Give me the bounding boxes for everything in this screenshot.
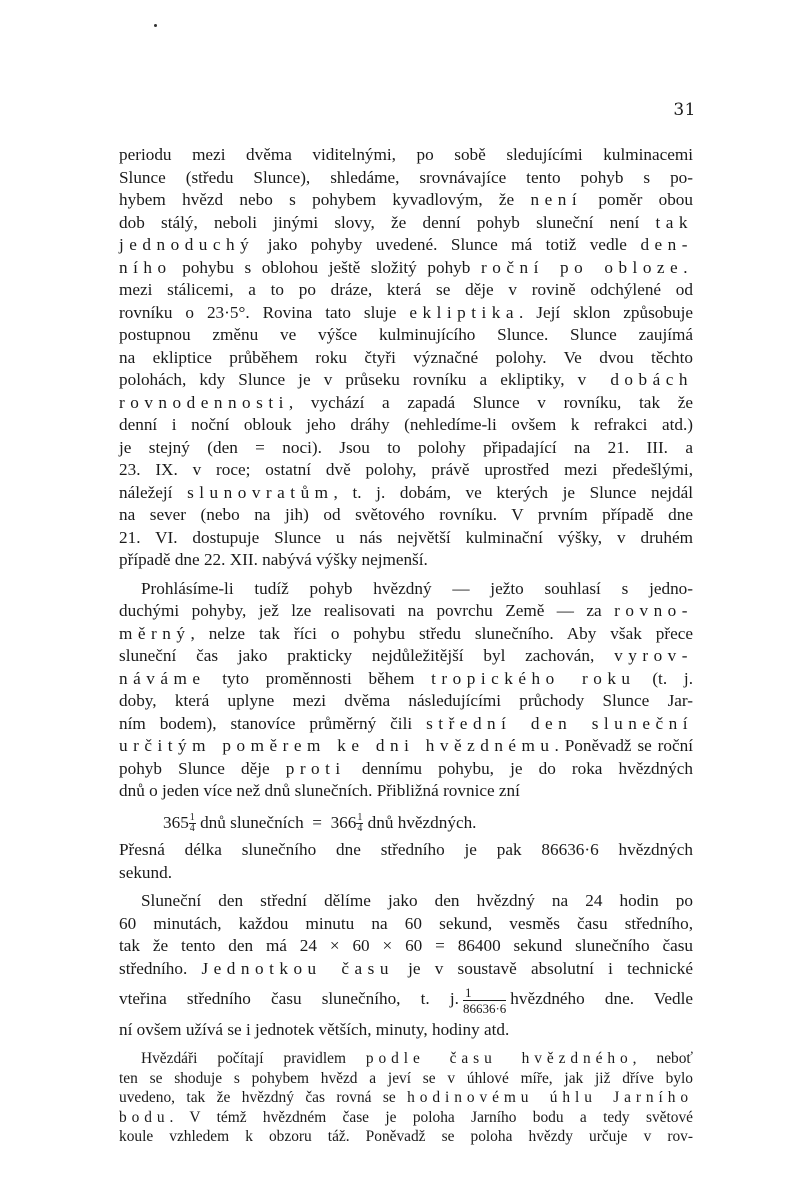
equation-right-text: dnů hvězdných. <box>368 813 477 832</box>
emphasized-text: není <box>530 190 582 209</box>
emphasized-text: v dobách <box>578 370 693 389</box>
emphasized-text: ekliptika <box>409 303 519 322</box>
text-line: polohách, kdy Slunce je v průseku rovník… <box>119 369 693 392</box>
text-line: denní i noční oblouk jeho dráhy (nehledí… <box>119 414 693 437</box>
equation: 36514 dnů slunečních = 36614 dnů hvězdný… <box>119 812 693 835</box>
text-line: dnů o jeden více než dnů slunečních. Při… <box>119 780 693 803</box>
text-line: na sever (nebo na jih) od světového rovn… <box>119 504 693 527</box>
equation-right-integer: 366 <box>331 813 357 832</box>
emphasized-text: roční po obloze. <box>481 258 693 277</box>
text-line: rovnodennosti, vychází a zapadá Slunce v… <box>119 392 693 415</box>
emphasized-text: rovnodennosti <box>119 393 289 412</box>
text-line: periodu mezi dvěma viditelnými, po sobě … <box>119 144 693 167</box>
text-line: ního pohybu s oblohou ještě složitý pohy… <box>119 257 693 280</box>
emphasized-text: rovno- <box>614 601 693 620</box>
text-line: měrný, nelze tak říci o pohybu středu sl… <box>119 623 693 646</box>
emphasized-text: vyrov- <box>614 646 693 665</box>
emphasized-text: tropického roku <box>431 669 635 688</box>
emphasized-text: bodu <box>119 1109 170 1126</box>
text-line: středního. Jednotkou času je v soustavě … <box>119 958 693 981</box>
text-line: jednoduchý jako pohyby uvedené. Slunce m… <box>119 234 693 257</box>
text-line: doby, která uplyne mezi dvěma následujíc… <box>119 690 693 713</box>
paragraph-4: Sluneční den střední dělíme jako den hvě… <box>119 890 693 980</box>
equation-left-text: dnů slunečních <box>200 813 304 832</box>
text-line: Prohlásíme-li tudíž pohyb hvězdný — ježt… <box>119 578 693 601</box>
text-line: pohyb Slunce děje proti dennímu pohybu, … <box>119 758 693 781</box>
seconds-fraction: 186636·6 <box>463 985 506 1016</box>
text-line: ním bodem), stanovíce průměrný čili stře… <box>119 713 693 736</box>
print-speck <box>154 24 157 27</box>
text-line: určitým poměrem ke dni hvězdnému. Poněva… <box>119 735 693 758</box>
equation-right-fraction: 14 <box>356 813 363 834</box>
emphasized-text: náváme <box>119 669 205 688</box>
text-line: Hvězdáři počítají pravidlem podle času h… <box>119 1049 693 1069</box>
emphasized-text: proti <box>286 759 346 778</box>
text-line: mezi stálicemi, a to po dráze, která se … <box>119 279 693 302</box>
text-line: duchými pohyby, jež lze realisovati na p… <box>119 600 693 623</box>
emphasized-text: tak <box>655 213 693 232</box>
emphasized-text: jednoduchý <box>119 235 254 254</box>
emphasized-text: hodinovému úhlu Jarního <box>407 1089 693 1106</box>
emphasized-text: Jednotkou času <box>201 959 393 978</box>
emphasized-text: slunovratům <box>187 483 333 502</box>
equation-left-integer: 365 <box>163 813 189 832</box>
emphasized-text: určitým poměrem ke dni hvězdnému <box>119 736 555 755</box>
text-line: bodu. V témž hvězdném čase je poloha Jar… <box>119 1108 693 1128</box>
small-print-section: Hvězdáři počítají pravidlem podle času h… <box>119 1049 693 1147</box>
text-line: 60 minutách, každou minutu na 60 sekund,… <box>119 913 693 936</box>
text-line: na ekliptice průběhem roku čtyři význačn… <box>119 347 693 370</box>
text-line: uvedeno, tak že hvězdný čas rovná se hod… <box>119 1088 693 1108</box>
text-line: rovníku o 23·5°. Rovina tato sluje eklip… <box>119 302 693 325</box>
text-line: Sluneční den střední dělíme jako den hvě… <box>119 890 693 913</box>
text-line: Slunce (středu Slunce), shledáme, srovná… <box>119 167 693 190</box>
page-body: periodu mezi dvěma viditelnými, po sobě … <box>119 144 693 1147</box>
emphasized-text: den- <box>640 235 693 254</box>
text-line: je stejný (den = noci). Jsou to polohy p… <box>119 437 693 460</box>
text-line: 23. IX. v roce; ostatní dvě polohy, práv… <box>119 459 693 482</box>
text-line: ten se shoduje s pohybem hvězd a jeví se… <box>119 1069 693 1089</box>
equation-left-fraction: 14 <box>189 813 196 834</box>
text-line: postupnou změnu ve výšce kulminujícího S… <box>119 324 693 347</box>
paragraph-4-end: ní ovšem užívá se i jednotek větších, mi… <box>119 1019 693 1042</box>
emphasized-text: měrný <box>119 624 190 643</box>
page-number: 31 <box>660 100 696 120</box>
paragraph-4-fraction-line: vteřina středního času slunečního, t. j.… <box>119 983 693 1016</box>
paragraph-2: Prohlásíme-li tudíž pohyb hvězdný — ježt… <box>119 578 693 803</box>
text-line: tak že tento den má 24 × 60 × 60 = 86400… <box>119 935 693 958</box>
text-line: sluneční čas jako prakticky nejdůležitěj… <box>119 645 693 668</box>
text-line: 21. VI. dostupuje Slunce u nás největší … <box>119 527 693 550</box>
text-line: náváme tyto proměnnosti během tropického… <box>119 668 693 691</box>
emphasized-text: ního <box>119 258 172 277</box>
text-line: koule vzhledem k obzoru táž. Poněvadž se… <box>119 1127 693 1147</box>
emphasized-text: střední den sluneční <box>426 714 693 733</box>
text-line: náležejí slunovratům, t. j. dobám, ve kt… <box>119 482 693 505</box>
text-line: hybem hvězd nebo s pohybem kyvadlovým, ž… <box>119 189 693 212</box>
text-line: sekund. <box>119 862 693 885</box>
paragraph-3: Přesná délka slunečního dne středního je… <box>119 839 693 884</box>
emphasized-text: podle času hvězdného <box>366 1050 633 1067</box>
text-line: případě dne 22. XII. nabývá výšky nejmen… <box>119 549 693 572</box>
equation-equals: = <box>312 813 322 832</box>
text-line: Přesná délka slunečního dne středního je… <box>119 839 693 862</box>
paragraph-1: periodu mezi dvěma viditelnými, po sobě … <box>119 144 693 572</box>
text-line: dob stálý, neboli jinými slovy, že denní… <box>119 212 693 235</box>
paragraph-5: Hvězdáři počítají pravidlem podle času h… <box>119 1049 693 1147</box>
